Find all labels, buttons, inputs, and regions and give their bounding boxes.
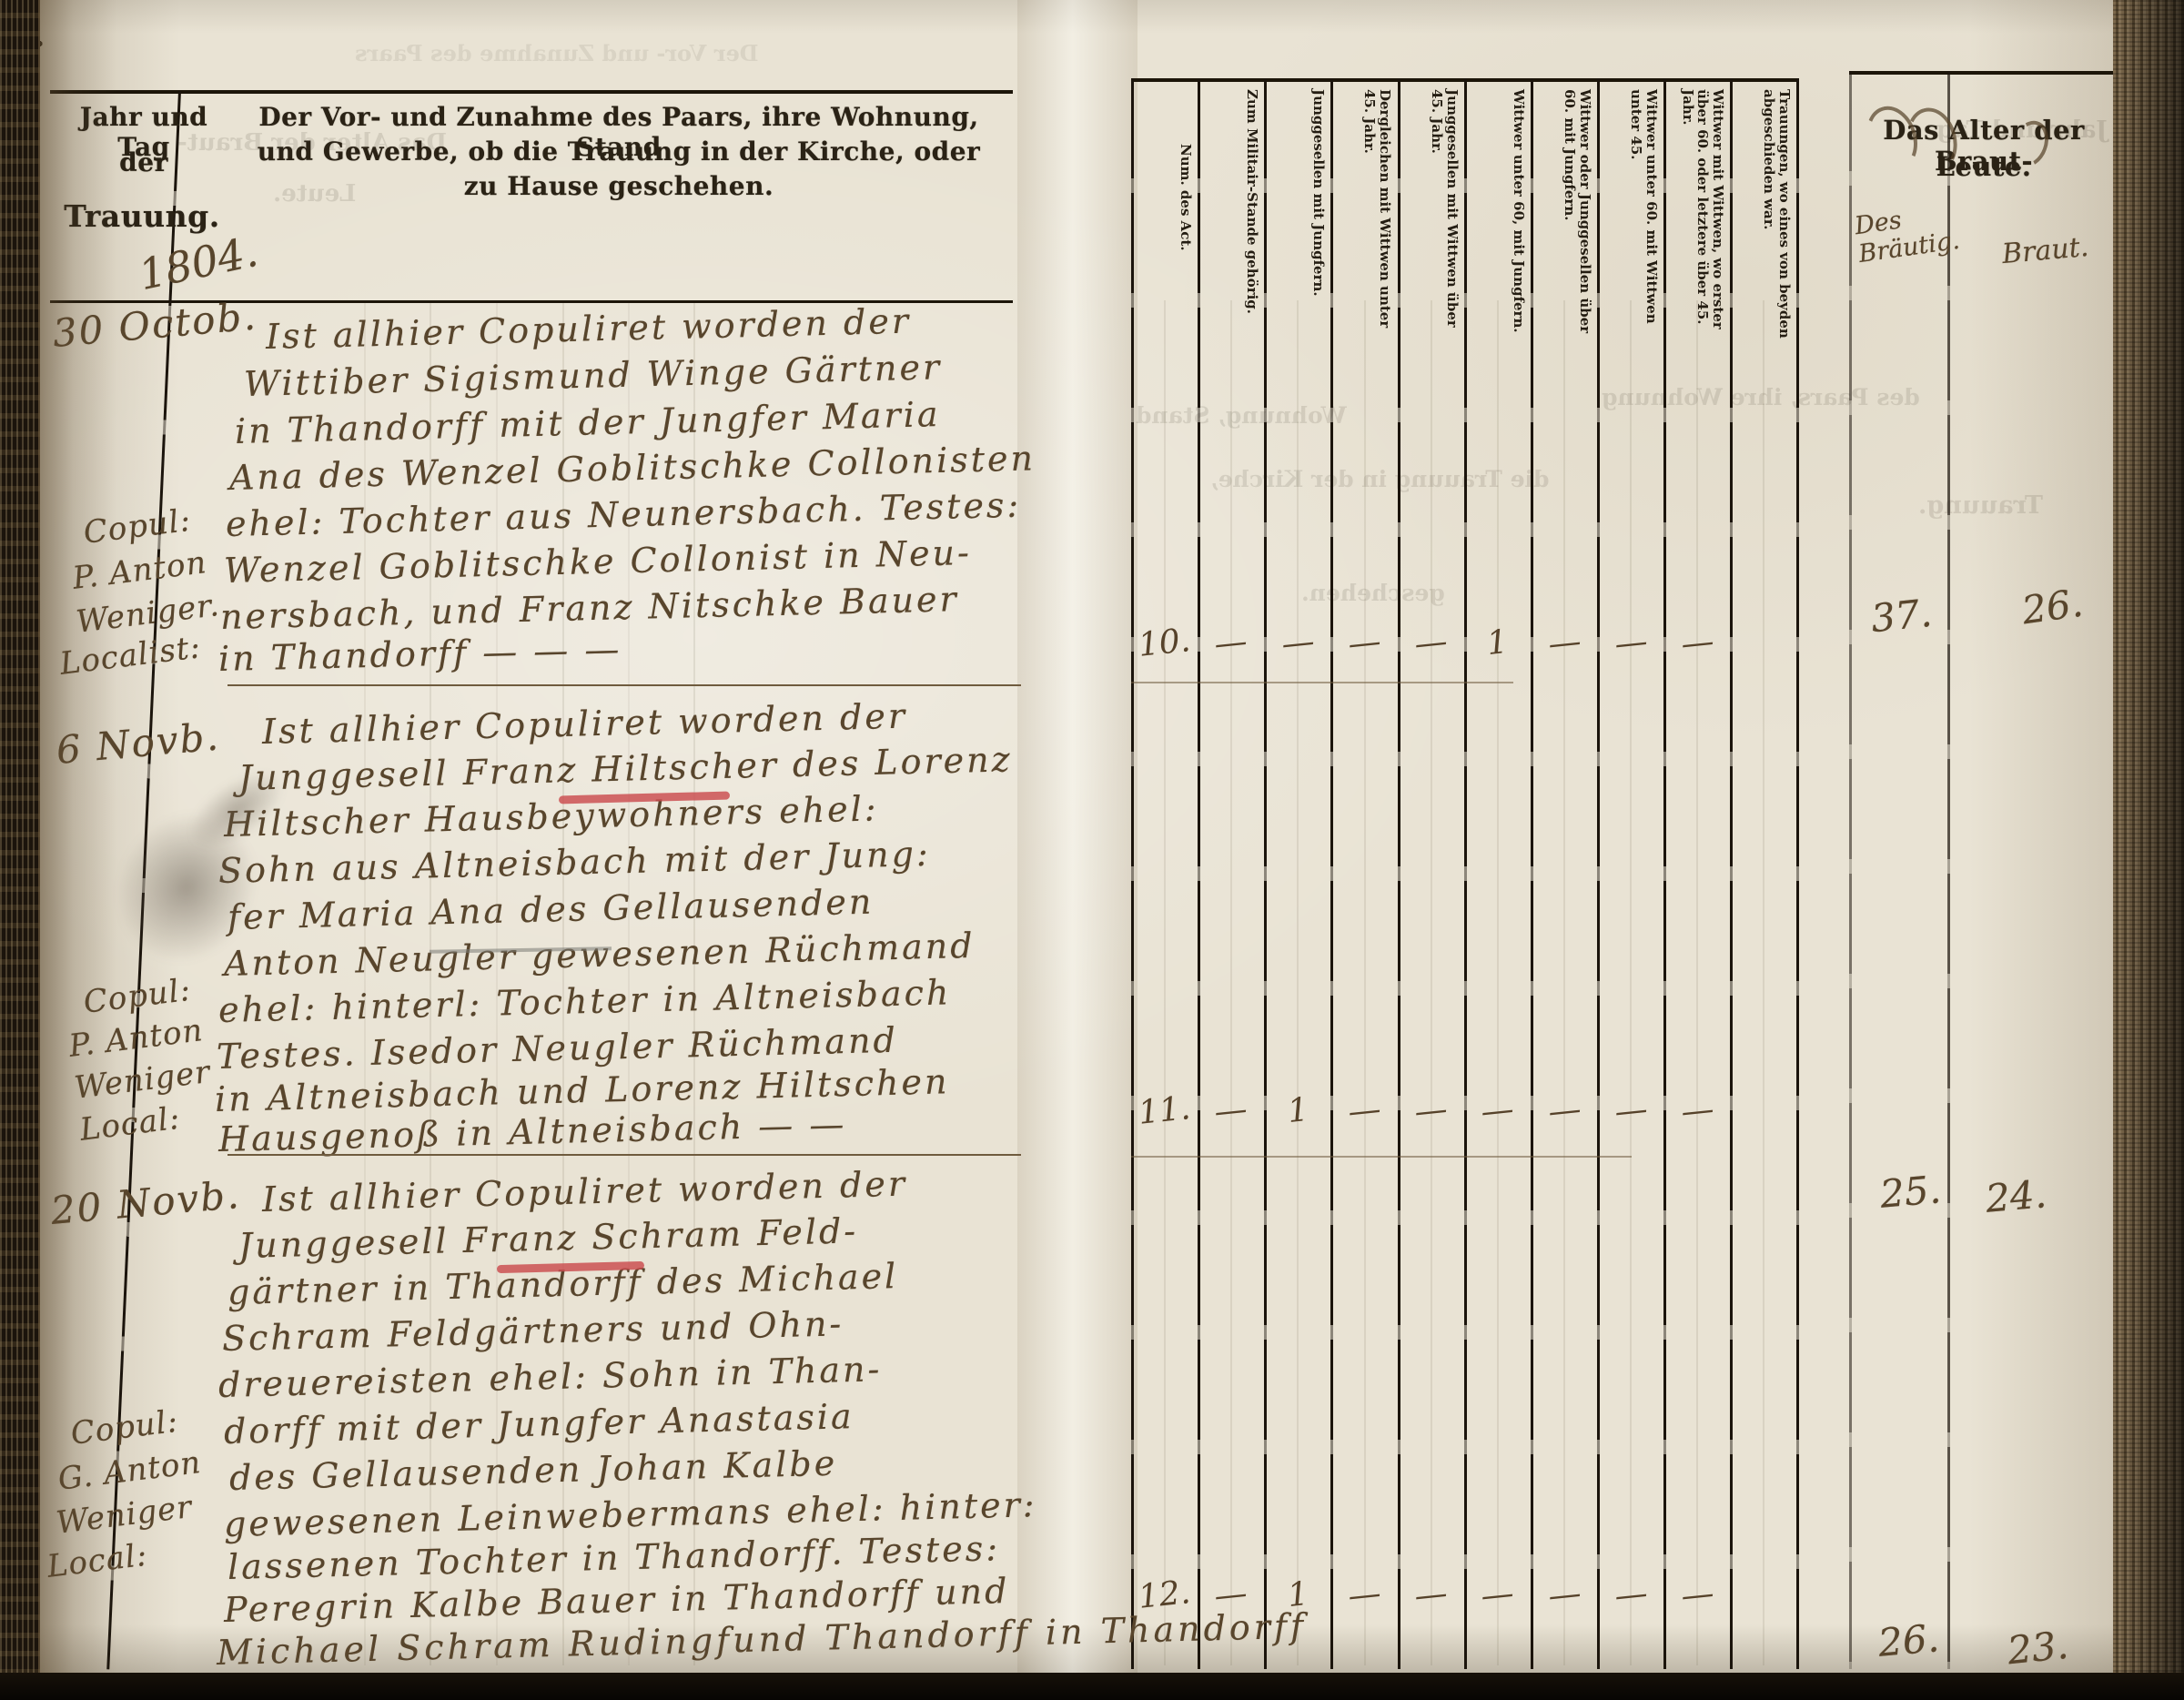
bleedthrough-text: Trauung. xyxy=(1918,491,2043,520)
page-fold-highlight xyxy=(1017,0,1137,1675)
age-bride-value: 24. xyxy=(1984,1171,2048,1221)
stat-header-wittwer-wittwen-aelter: Wittwer mit Wittwen, wo erster über 60. … xyxy=(1663,86,1730,377)
bleedthrough-text: geschehen. xyxy=(1301,580,1445,606)
main-header-line: zu Hause geschehen. xyxy=(232,171,1006,201)
paper-crease xyxy=(1297,300,1299,1665)
stat-header-mit-wittwen-ueber-45: Junggesellen mit Wittwen über 45. Jahr. xyxy=(1398,86,1464,377)
entry-separator-rule xyxy=(227,684,1021,686)
paper-crease xyxy=(1763,300,1764,1665)
stat-header-wittwer-unter-60-jungfern: Wittwer unter 60, mit Jungfern. xyxy=(1464,86,1531,377)
entry-stat-row: 11. — 1 — — — — — — xyxy=(1131,1092,1805,1150)
book-spine xyxy=(0,0,40,1700)
age-table-left-border xyxy=(1849,71,1852,1669)
paper-crease xyxy=(1431,300,1432,1665)
entry-stat-row: 10. — — — — 1 — — — xyxy=(1131,624,1805,683)
table-top-border-left xyxy=(50,90,1013,94)
age-groom-value: 26. xyxy=(1876,1615,1941,1665)
age-groom-bride-divider xyxy=(1947,71,1950,1669)
bleedthrough-text: des Paars, ihre Wohnung xyxy=(1602,384,1920,410)
stat-header-mit-wittwen-unter-45: Dergleichen mit Wittwen unter 45. Jahr. xyxy=(1330,86,1397,377)
stat-header-geschieden: Trauungen, wo eines von beyden abgeschie… xyxy=(1730,86,1796,377)
entry-separator-rule-faint xyxy=(1131,1156,1632,1158)
stat-header-num-des-act: Num. des Act. xyxy=(1131,86,1198,377)
paper-crease xyxy=(1563,300,1565,1665)
bleedthrough-text: Wohnung, Stand xyxy=(1136,402,1347,429)
bleedthrough-text: Der Vor- und Zunahme des Paars xyxy=(355,40,759,66)
age-bride-value: 23. xyxy=(2006,1623,2071,1674)
age-bride-value: 26. xyxy=(2019,581,2086,633)
stat-header-wittwer-wittwen-unter-45: Wittwer unter 60. mit Wittwen unter 45. xyxy=(1597,86,1663,377)
paper-crease xyxy=(1497,300,1499,1665)
spine-shadow xyxy=(38,0,116,1675)
stat-header-junggesellen-jungfern: Junggesellen mit Jungfern. xyxy=(1264,86,1330,377)
paper-crease xyxy=(1364,300,1366,1665)
age-groom-value: 37. xyxy=(1869,591,1935,642)
entry-separator-rule xyxy=(227,1154,1021,1156)
entry-stat-row: 12. — 1 — — — — — — xyxy=(1131,1576,1805,1634)
paper-crease xyxy=(1164,300,1166,1665)
stat-header-ueber-60-jungfern: Wittwer oder Junggesellen über 60. mit J… xyxy=(1531,86,1597,377)
main-header-line: und Gewerbe, ob die Trauung in der Kirch… xyxy=(232,137,1006,167)
age-groom-value: 25. xyxy=(1878,1167,1943,1217)
book-fore-edge xyxy=(2113,0,2184,1700)
book-scan: Das Alter der Braut- Leute. Der Vor- und… xyxy=(0,0,2184,1700)
paper-crease xyxy=(1630,300,1632,1665)
paper-crease xyxy=(1230,300,1232,1665)
paper-crease xyxy=(1696,300,1698,1665)
table-top-border-ages xyxy=(1849,71,2117,75)
stat-column-line xyxy=(1796,78,1799,1669)
stat-header-militair: Zum Militair-Stande gehörig. xyxy=(1198,86,1264,377)
entry-separator-rule-faint xyxy=(1131,682,1513,683)
book-bottom-edge xyxy=(0,1673,2184,1700)
